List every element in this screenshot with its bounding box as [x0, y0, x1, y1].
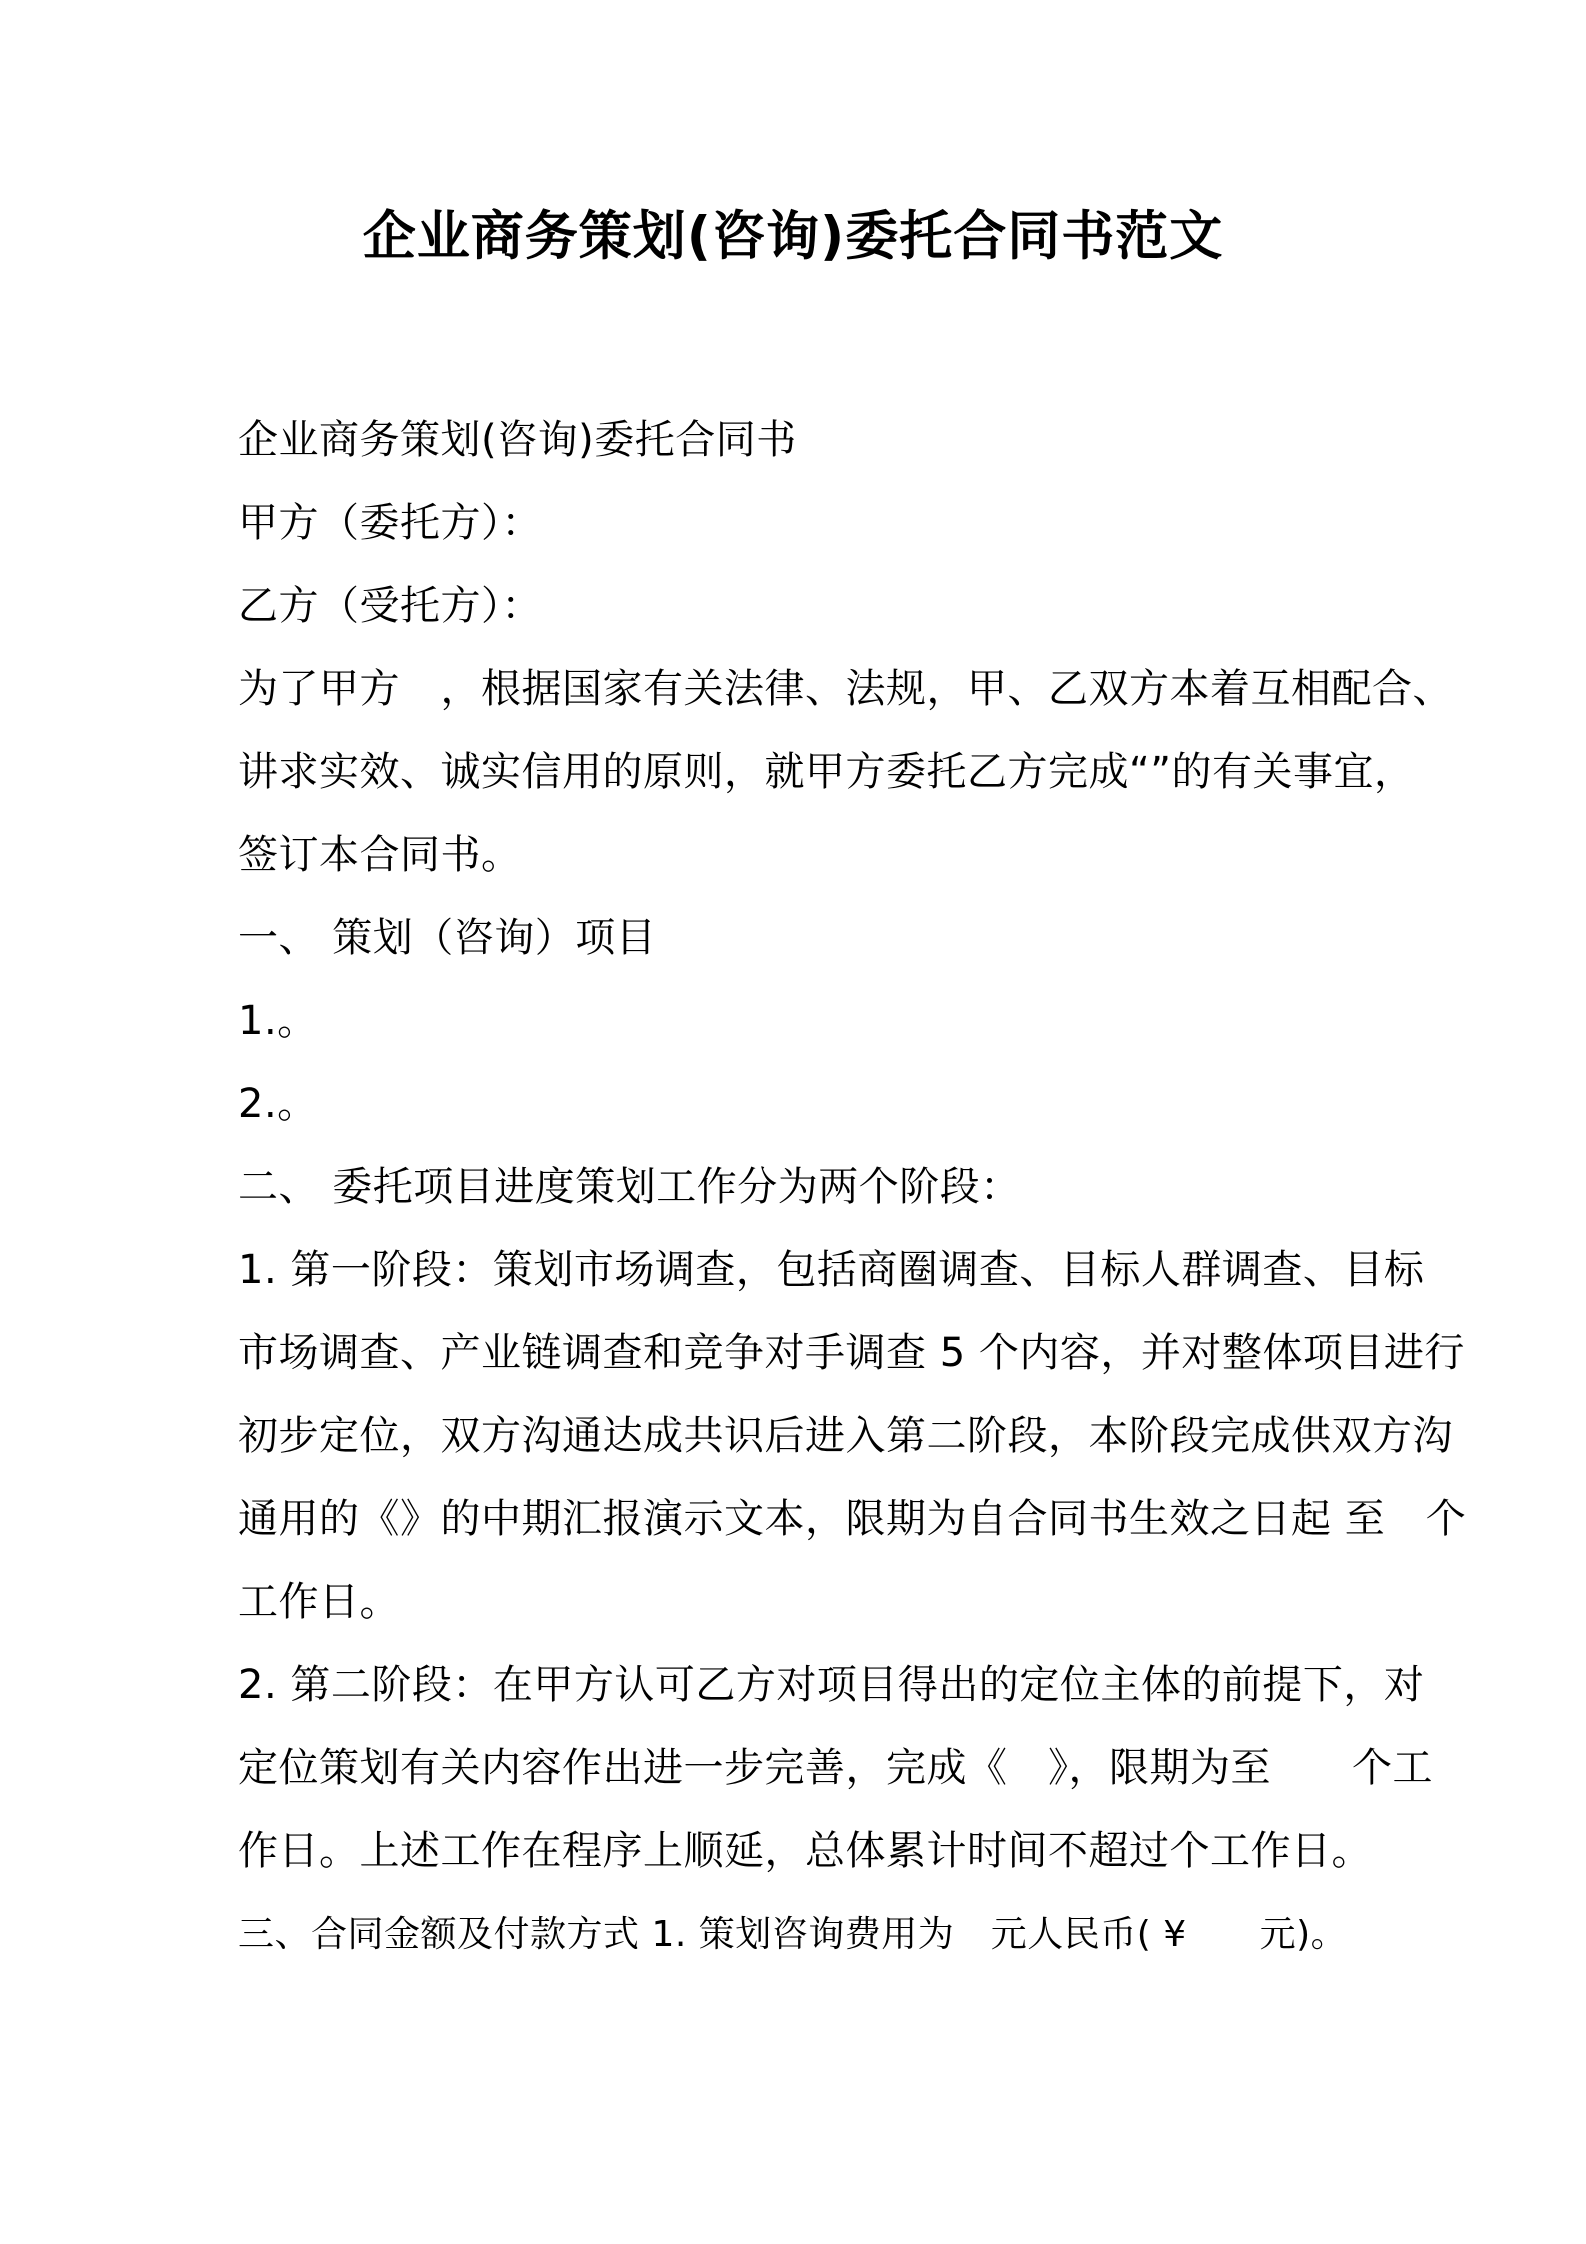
- doc-line-section-3: 三、合同金额及付款方式 1. 策划咨询费用为 元人民币( ¥ 元)。: [238, 1893, 1448, 1976]
- doc-line-subtitle: 企业商务策划(咨询)委托合同书: [238, 399, 1448, 482]
- doc-line-party-b: 乙方（受托方）：: [238, 565, 1448, 648]
- doc-line-section-1: 一、 策划（咨询）项目: [238, 897, 1448, 980]
- doc-line: 通用的《》的中期汇报演示文本，限期为自合同书生效之日起 至 个: [238, 1478, 1448, 1561]
- doc-line: 2. 第二阶段：在甲方认可乙方对项目得出的定位主体的前提下，对: [238, 1644, 1448, 1727]
- doc-line: 工作日。: [238, 1561, 1448, 1644]
- doc-line-item-1: 1.。: [238, 980, 1448, 1063]
- doc-line: 签订本合同书。: [238, 814, 1448, 897]
- doc-line: 初步定位，双方沟通达成共识后进入第二阶段，本阶段完成供双方沟: [238, 1395, 1448, 1478]
- doc-line: 1. 第一阶段：策划市场调查，包括商圈调查、目标人群调查、目标: [238, 1229, 1448, 1312]
- doc-line: 定位策划有关内容作出进一步完善，完成《 》，限期为至 个工: [238, 1727, 1448, 1810]
- doc-line-item-2: 2.。: [238, 1063, 1448, 1146]
- document-page: 企业商务策划(咨询)委托合同书范文 企业商务策划(咨询)委托合同书 甲方（委托方…: [0, 0, 1586, 2244]
- doc-line: 为了甲方 ，根据国家有关法律、法规，甲、乙双方本着互相配合、: [238, 648, 1448, 731]
- doc-line: 市场调查、产业链调查和竞争对手调查 5 个内容，并对整体项目进行: [238, 1312, 1448, 1395]
- doc-line: 作日。上述工作在程序上顺延，总体累计时间不超过个工作日。: [238, 1810, 1448, 1893]
- document-body: 企业商务策划(咨询)委托合同书 甲方（委托方）： 乙方（受托方）： 为了甲方 ，…: [238, 399, 1448, 1976]
- doc-line-party-a: 甲方（委托方）：: [238, 482, 1448, 565]
- doc-line: 讲求实效、诚实信用的原则，就甲方委托乙方完成“”的有关事宜，: [238, 731, 1448, 814]
- document-title: 企业商务策划(咨询)委托合同书范文: [0, 206, 1586, 268]
- doc-line-section-2: 二、 委托项目进度策划工作分为两个阶段：: [238, 1146, 1448, 1229]
